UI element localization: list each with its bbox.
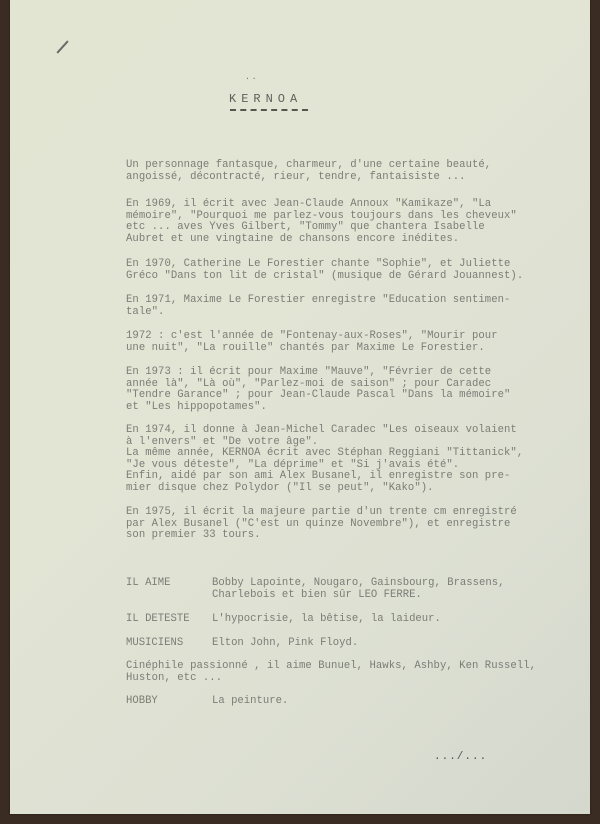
cinema-note: Cinéphile passionné , il aime Bunuel, Ha… — [126, 661, 596, 684]
fact-label: HOBBY — [126, 696, 158, 708]
paragraph-1970: En 1970, Catherine Le Forestier chante "… — [126, 259, 586, 282]
paragraph-1973: En 1973 : il écrit pour Maxime "Mauve", … — [126, 367, 586, 413]
paragraph-1971: En 1971, Maxime Le Forestier enregistre … — [126, 295, 586, 318]
pen-mark — [56, 40, 68, 53]
paragraph-1972: 1972 : c'est l'année de "Fontenay-aux-Ro… — [126, 331, 586, 354]
paragraph-1974: En 1974, il donne à Jean-Michel Caradec … — [126, 425, 586, 495]
title-underline — [230, 109, 308, 111]
fact-value: La peinture. — [212, 696, 592, 708]
fact-value: L'hypocrisie, la bêtise, la laideur. — [212, 614, 592, 626]
paragraph-1975: En 1975, il écrit la majeure partie d'un… — [126, 507, 586, 542]
fact-label: MUSICIENS — [126, 638, 183, 650]
paragraph-intro: Un personnage fantasque, charmeur, d'une… — [126, 160, 586, 183]
fact-label: IL AIME — [126, 578, 171, 590]
fact-value: Bobby Lapointe, Nougaro, Gainsbourg, Bra… — [212, 578, 592, 601]
page-title: KERNOA — [229, 92, 302, 106]
top-dots: .. — [245, 73, 259, 82]
continuation-mark: .../... — [434, 751, 487, 763]
fact-value: Elton John, Pink Floyd. — [212, 638, 592, 650]
paragraph-1969: En 1969, il écrit avec Jean-Claude Annou… — [126, 199, 586, 245]
fact-label: IL DETESTE — [126, 614, 190, 626]
